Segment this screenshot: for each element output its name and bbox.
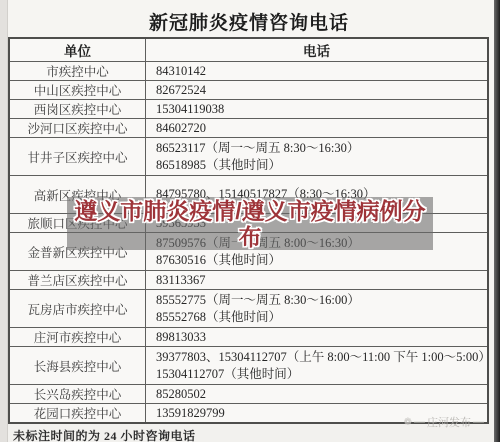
unit-cell: 庄河市疾控中心 [10, 328, 146, 346]
table-row: 普兰店区疾控中心 83113367 [10, 270, 487, 289]
phone-cell: 15304119038 [146, 100, 487, 118]
phone-line: 86523117（周一～周五 8:30～16:30） [156, 140, 487, 157]
table-row: 长兴岛疾控中心 85280502 [10, 384, 487, 403]
phone-line: 39377803、15304112707（上午 8:00～11:00 下午 1:… [156, 349, 491, 366]
phone-line: 85552768（其他时间） [156, 309, 487, 326]
table-row: 中山区疾控中心 82672524 [10, 80, 487, 99]
phone-line: 15304112707（其他时间） [156, 366, 491, 383]
overlay-banner: 遵义市肺炎疫情/遵义市疫情病例分布 [67, 197, 433, 250]
zhuanghe-logo-icon: ❁ [404, 417, 412, 428]
phone-line: 82672524 [156, 82, 487, 99]
phone-line: 89813033 [156, 329, 487, 346]
phone-cell: 89813033 [146, 328, 487, 346]
phone-cell: 85552775（周一～周五 8:30～16:00） 85552768（其他时间… [146, 290, 487, 327]
phone-cell: 84310142 [146, 62, 487, 80]
overlay-caption: 遵义市肺炎疫情/遵义市疫情病例分布 [69, 198, 431, 250]
phone-line: 85552775（周一～周五 8:30～16:00） [156, 292, 487, 309]
table-row: 长海县疾控中心 39377803、15304112707（上午 8:00～11:… [10, 346, 487, 384]
table-row: 沙河口区疾控中心 84602720 [10, 118, 487, 137]
header-unit: 单位 [10, 39, 146, 61]
table-row: 庄河市疾控中心 89813033 [10, 327, 487, 346]
phone-cell: 86523117（周一～周五 8:30～16:30） 86518985（其他时间… [146, 138, 487, 175]
unit-cell: 长兴岛疾控中心 [10, 385, 146, 403]
unit-cell: 普兰店区疾控中心 [10, 271, 146, 289]
right-edge-strip [494, 0, 500, 442]
table-row: 瓦房店市疾控中心 85552775（周一～周五 8:30～16:00） 8555… [10, 289, 487, 327]
phone-cell: 83113367 [146, 271, 487, 289]
footer-note: 未标注时间的为 24 小时咨询电话 [13, 427, 196, 442]
unit-cell: 长海县疾控中心 [10, 347, 146, 384]
table-row: 市疾控中心 84310142 [10, 61, 487, 80]
table-row: 西岗区疾控中心 15304119038 [10, 99, 487, 118]
watermark-dash: — [473, 416, 484, 428]
phone-cell: 82672524 [146, 81, 487, 99]
unit-cell: 甘井子区疾控中心 [10, 138, 146, 175]
unit-cell: 市疾控中心 [10, 62, 146, 80]
watermark-dash: — [414, 416, 425, 428]
phone-cell: 39377803、15304112707（上午 8:00～11:00 下午 1:… [146, 347, 491, 384]
document-photo: 新冠肺炎疫情咨询电话 单位 电话 市疾控中心 84310142 中山区疾控中心 … [0, 0, 500, 442]
header-phone: 电话 [146, 39, 487, 61]
phone-cell: 84602720 [146, 119, 487, 137]
unit-cell: 瓦房店市疾控中心 [10, 290, 146, 327]
unit-cell: 沙河口区疾控中心 [10, 119, 146, 137]
phone-line: 83113367 [156, 272, 487, 289]
unit-cell: 西岗区疾控中心 [10, 100, 146, 118]
phone-line: 85280502 [156, 386, 487, 403]
page-title: 新冠肺炎疫情咨询电话 [8, 8, 490, 35]
left-edge-margin [0, 0, 8, 442]
watermark-text: 庄河发布 [427, 414, 471, 430]
phone-line: 84602720 [156, 120, 487, 137]
phone-line: 15304119038 [156, 101, 487, 118]
phone-cell: 85280502 [146, 385, 487, 403]
phone-line: 86518985（其他时间） [156, 157, 487, 174]
phone-line: 84310142 [156, 63, 487, 80]
unit-cell: 中山区疾控中心 [10, 81, 146, 99]
table-header-row: 单位 电话 [10, 39, 487, 61]
watermark: ❁ — 庄河发布 — [404, 414, 484, 430]
unit-cell: 花园口疾控中心 [10, 404, 146, 422]
phone-line: 87630516（其他时间） [156, 252, 487, 269]
table-row: 甘井子区疾控中心 86523117（周一～周五 8:30～16:30） 8651… [10, 137, 487, 175]
